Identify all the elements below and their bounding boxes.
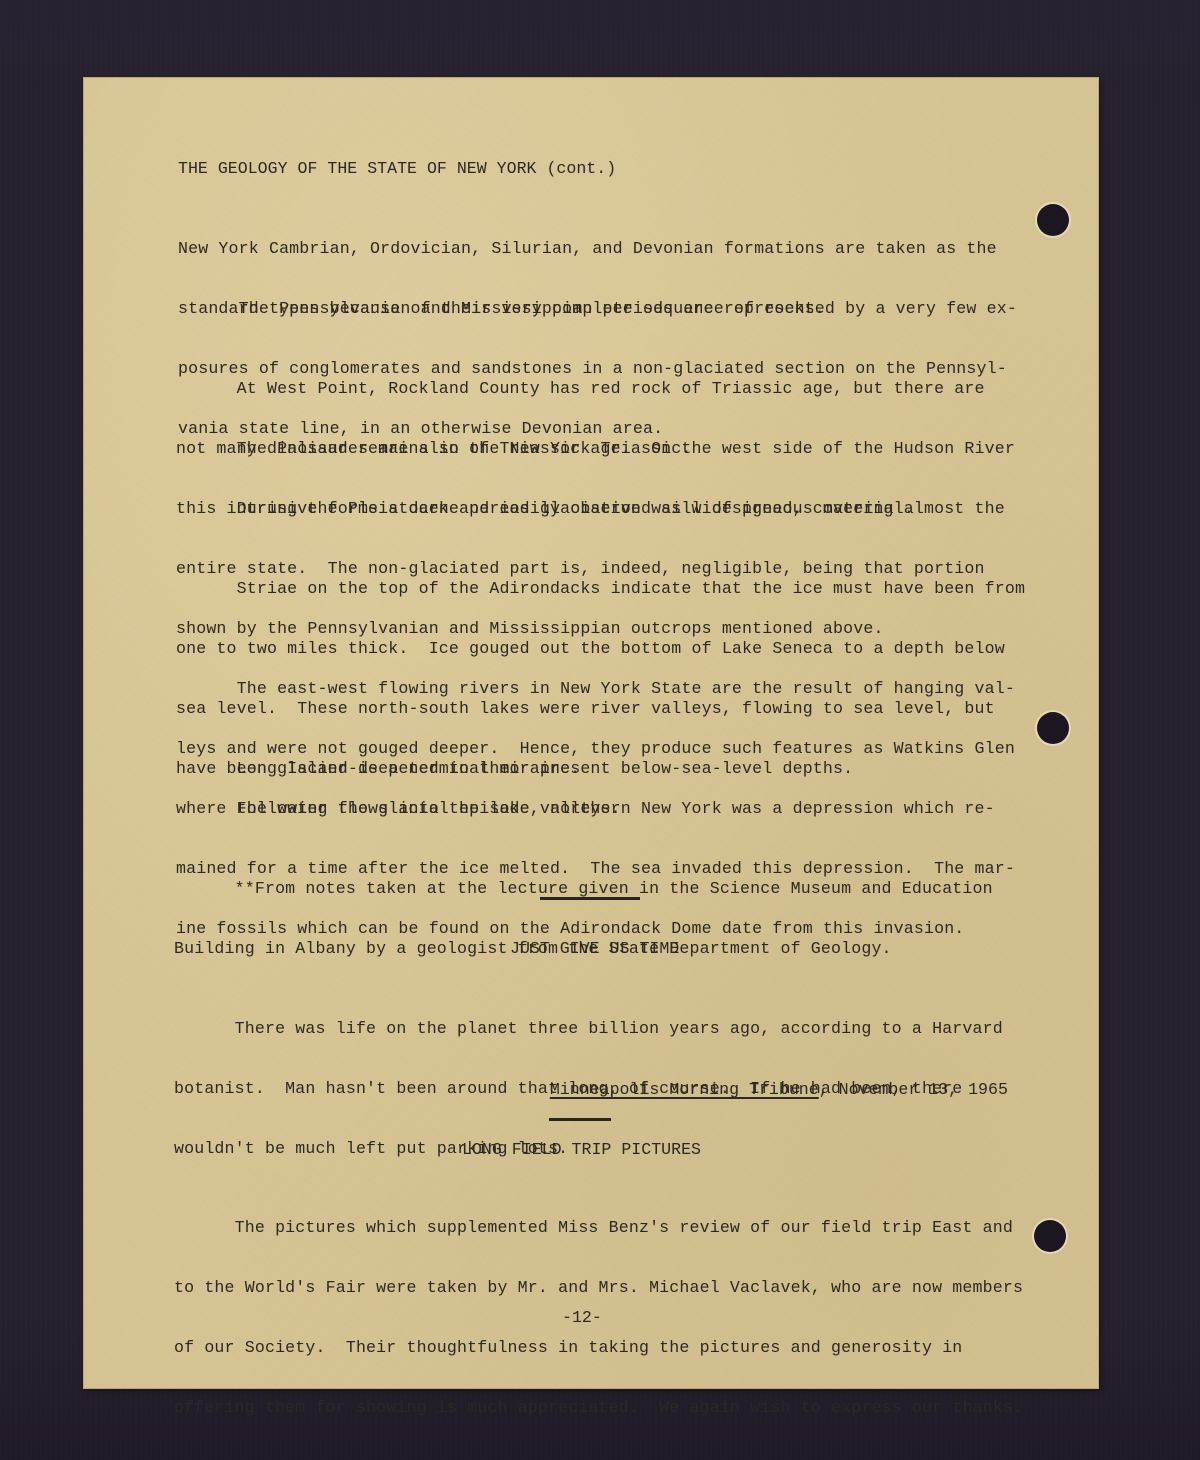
- citation-source: Minneapolis Morning Tribune: [550, 1080, 819, 1099]
- text-line: During the Pleistocene period glaciation…: [176, 499, 1005, 519]
- text-line: The Pennsylvanian and Mississippian peri…: [178, 299, 1017, 319]
- text-line: There was life on the planet three billi…: [174, 1019, 1003, 1039]
- text-line: At West Point, Rockland County has red r…: [176, 379, 985, 399]
- text-line: The east-west flowing rivers in New York…: [176, 679, 1015, 699]
- punch-hole-middle: [1037, 712, 1069, 744]
- paragraph-lecture-note: **From notes taken at the lecture given …: [174, 839, 993, 999]
- text-line: to the World's Fair were taken by Mr. an…: [174, 1278, 1023, 1298]
- section-divider: [540, 897, 640, 900]
- section-divider: [549, 1118, 611, 1121]
- text-line: of our Society. Their thoughtfulness in …: [174, 1338, 1023, 1358]
- citation-date: , November 13, 1965: [819, 1080, 1008, 1099]
- section-heading-just-give-us-time: JUST GIVE US TIME: [510, 939, 679, 959]
- text-line: Following the glacial episode, northern …: [176, 799, 1015, 819]
- punch-hole-bottom: [1034, 1220, 1066, 1252]
- punch-hole-top: [1037, 204, 1069, 236]
- text-line: **From notes taken at the lecture given …: [174, 879, 993, 899]
- citation: Minneapolis Morning Tribune, November 13…: [510, 1060, 1008, 1120]
- page-title: THE GEOLOGY OF THE STATE OF NEW YORK (co…: [178, 159, 616, 179]
- text-line: New York Cambrian, Ordovician, Silurian,…: [178, 239, 997, 259]
- text-line: offering them for showing is much apprec…: [174, 1398, 1023, 1418]
- text-line: The Palisades are also of Triassic age. …: [176, 439, 1015, 459]
- document-page: THE GEOLOGY OF THE STATE OF NEW YORK (co…: [84, 78, 1098, 1388]
- page-number: -12-: [562, 1308, 602, 1328]
- text-line: Striae on the top of the Adirondacks ind…: [176, 579, 1025, 599]
- text-line: The pictures which supplemented Miss Ben…: [174, 1218, 1023, 1238]
- section-heading-field-trip-pictures: LONG FIELD TRIP PICTURES: [462, 1140, 701, 1160]
